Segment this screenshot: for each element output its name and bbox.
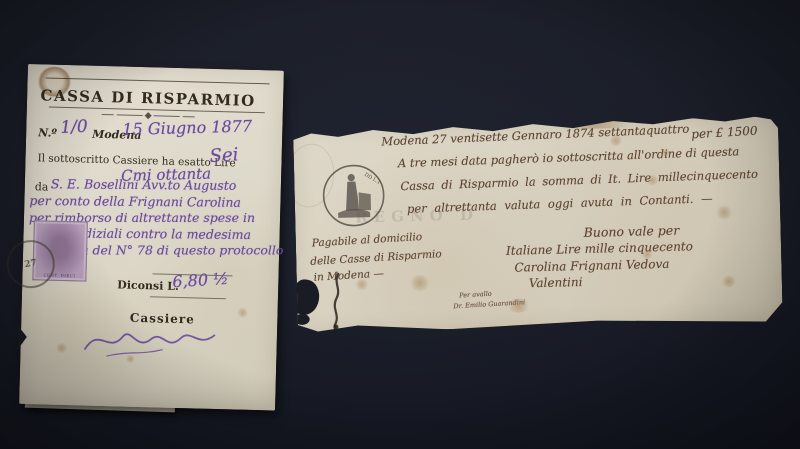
ink-flourish	[327, 271, 348, 331]
postmark-day: 27	[24, 258, 38, 270]
paper-edge-notch	[18, 326, 28, 350]
right-document-promissory-note: REGNO D DD L.1 Modena 27 ventisette Genn…	[293, 116, 783, 333]
cashier-signature	[78, 317, 229, 365]
body-line: Cassa di Risparmio la somma di It. Lire …	[400, 167, 758, 193]
signature-valentini: Valentini	[529, 275, 583, 290]
amount-words-lire: Sei	[209, 144, 239, 167]
payable-line: delle Casse di Risparmio	[310, 248, 442, 268]
body-line: per altrettanta valuta oggi avuta in Con…	[407, 191, 713, 216]
amount-rule-bottom	[150, 296, 226, 299]
body-line: A tre mesi data pagherò io sottoscritta …	[398, 144, 740, 170]
ornament-line	[116, 114, 142, 116]
ornament-line	[153, 115, 179, 117]
handwritten-line: per conto della Frignani Carolina	[29, 193, 241, 210]
dateline-handwritten: Modena 27 ventisette Gennaro 1874 settan…	[381, 122, 689, 149]
paper-tear-hole	[295, 314, 310, 325]
left-document-cassa-di-risparmio: CASSA DI RISPARMIO N.º 1/0 Modena 15 Giu…	[19, 64, 284, 411]
stain-spot	[409, 275, 431, 292]
stain-spot	[55, 343, 67, 353]
diconsi-label: Diconsi L.	[117, 278, 179, 293]
svg-text:DD L.1: DD L.1	[363, 172, 381, 186]
header-rule-top	[46, 77, 270, 84]
stain-spot	[721, 275, 737, 287]
signature-carolina-frignani: Carolina Frignani Vedova	[514, 257, 669, 275]
payable-line: in Modena —	[313, 268, 384, 284]
diamond-ornament-icon	[144, 112, 151, 119]
amount-figures-handwritten: per £ 1500	[691, 124, 758, 142]
stain-spot	[715, 205, 733, 219]
payable-line: Pagabile al domicilio	[312, 231, 423, 250]
stain-spot	[646, 174, 658, 186]
amount-figures-handwritten: 6,80 ½	[172, 269, 229, 291]
from-label: da	[35, 180, 49, 193]
stain-spot	[355, 278, 369, 290]
handwritten-line: S. E. Bosellini Avv.to Augusto	[51, 176, 237, 193]
ornament-line	[101, 114, 113, 115]
number-value-handwritten: 1/0	[60, 117, 88, 138]
round-emblem-stamp-icon: DD L.1	[320, 162, 388, 230]
endorsement-line: Per avallo	[459, 290, 492, 300]
date-handwritten: 15 Giugno 1877	[122, 116, 252, 138]
photo-of-two-documents: CASSA DI RISPARMIO N.º 1/0 Modena 15 Giu…	[0, 0, 800, 449]
value-line: Buono vale per	[583, 223, 679, 240]
stain-spot	[505, 298, 531, 313]
stain-spot	[608, 135, 623, 146]
number-label: N.º	[38, 126, 57, 139]
value-line: Italiane Lire mille cinquecento	[506, 239, 693, 258]
